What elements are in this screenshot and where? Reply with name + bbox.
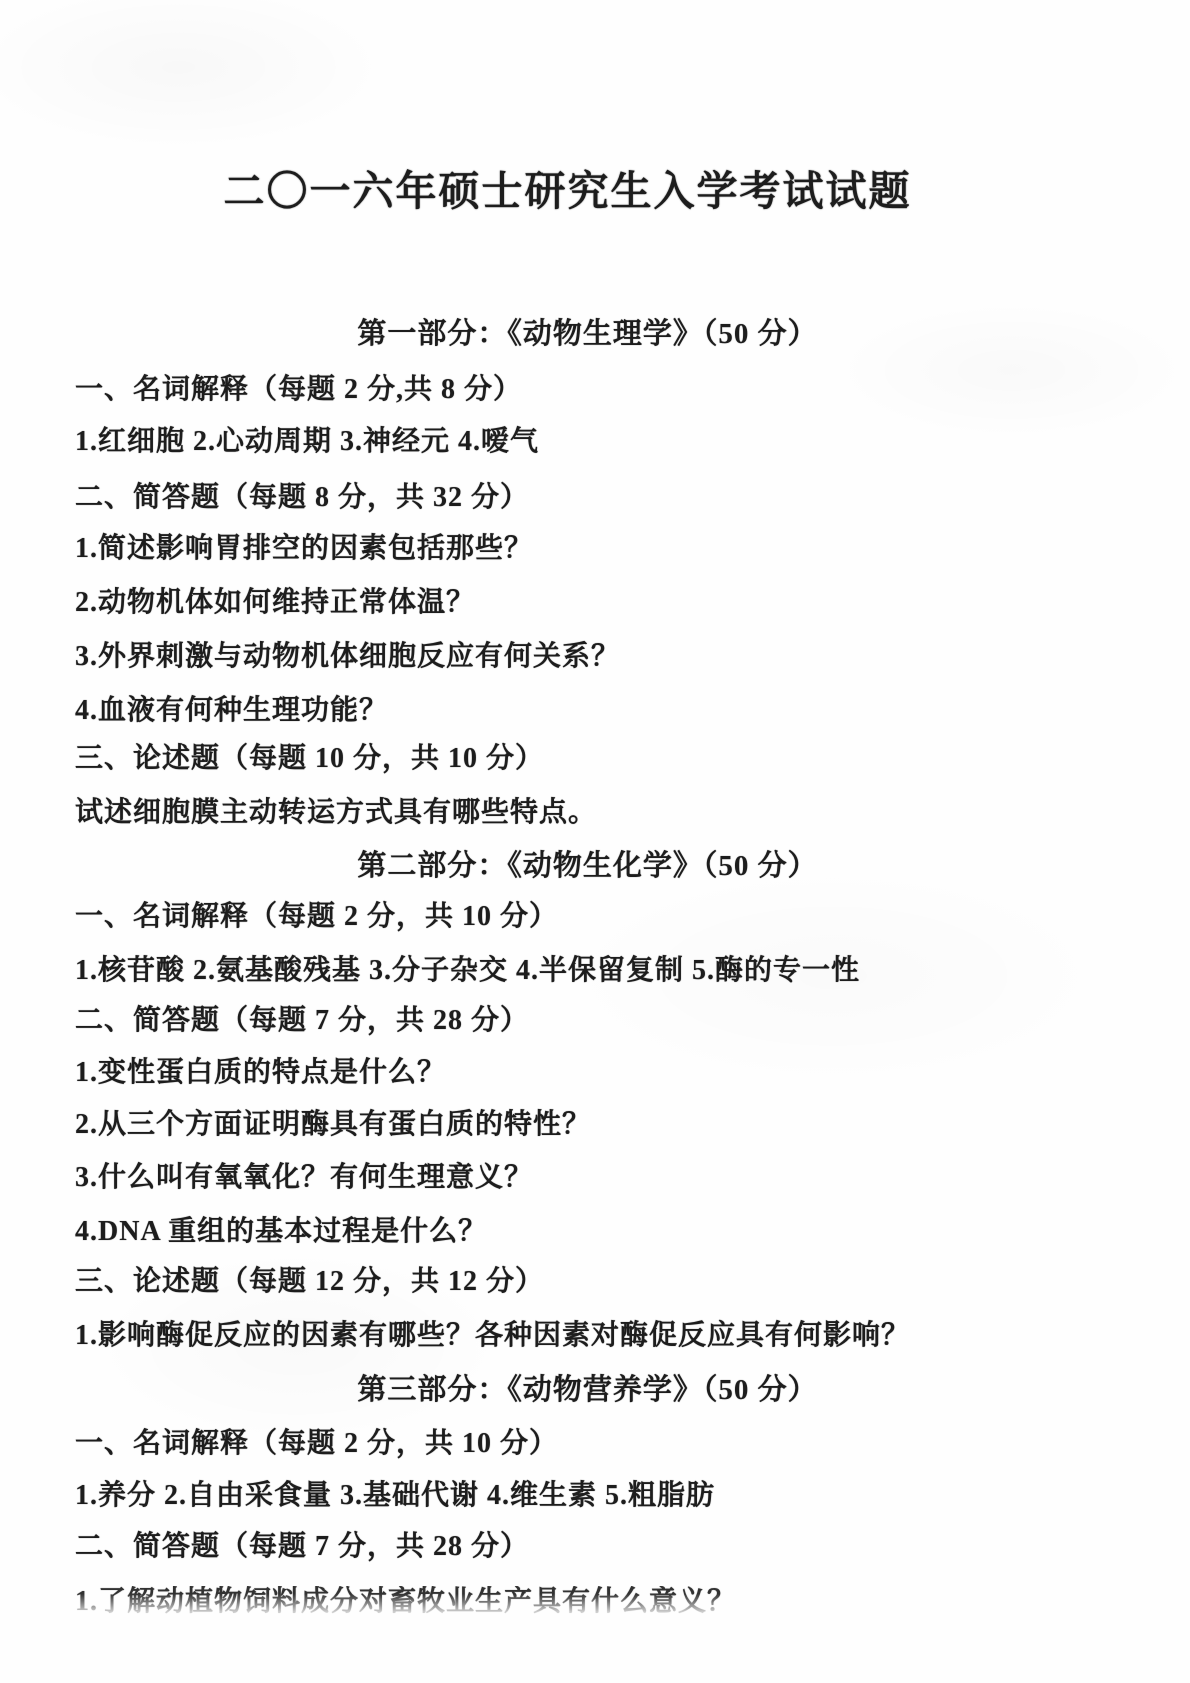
- part1-short-question-3: 3.外界刺激与动物机体细胞反应有何关系？: [75, 641, 1150, 673]
- part3-terms-line: 1.养分 2.自由采食量 3.基础代谢 4.维生素 5.粗脂肪: [75, 1480, 1150, 1512]
- part3-short-question-1: 1.了解动植物饲料成分对畜牧业生产具有什么意义？: [75, 1586, 1150, 1618]
- part2-essay-question: 1.影响酶促反应的因素有哪些？各种因素对酶促反应具有何影响？: [75, 1320, 1150, 1352]
- part-2-header: 第二部分：《动物生化学》（50 分）: [0, 850, 1175, 882]
- part2-short-question-4: 4.DNA 重组的基本过程是什么？: [75, 1216, 1150, 1248]
- part2-section3-header: 三、论述题（每题 12 分，共 12 分）: [75, 1266, 1150, 1298]
- part1-short-question-2: 2.动物机体如何维持正常体温？: [75, 587, 1150, 619]
- part1-section3-header: 三、论述题（每题 10 分，共 10 分）: [75, 743, 1150, 775]
- part3-section2-header: 二、简答题（每题 7 分，共 28 分）: [75, 1531, 1150, 1563]
- part1-short-question-4: 4.血液有何种生理功能？: [75, 695, 1150, 727]
- part2-short-question-3: 3.什么叫有氧氧化？有何生理意义？: [75, 1162, 1150, 1194]
- part2-short-question-2: 2.从三个方面证明酶具有蛋白质的特性？: [75, 1109, 1150, 1141]
- part1-short-question-1: 1.简述影响胃排空的因素包括那些？: [75, 533, 1150, 565]
- exam-title: 二〇一六年硕士研究生入学考试试题: [0, 168, 1135, 214]
- part3-section1-header: 一、名词解释（每题 2 分，共 10 分）: [75, 1428, 1150, 1460]
- part1-terms-line: 1.红细胞 2.心动周期 3.神经元 4.嗳气: [75, 426, 1150, 458]
- scanned-exam-document: 二〇一六年硕士研究生入学考试试题 第一部分：《动物生理学》（50 分） 一、名词…: [0, 0, 1190, 1683]
- part1-essay-question: 试述细胞膜主动转运方式具有哪些特点。: [75, 797, 1150, 829]
- part2-short-question-1: 1.变性蛋白质的特点是什么？: [75, 1057, 1150, 1089]
- part2-section1-header: 一、名词解释（每题 2 分，共 10 分）: [75, 901, 1150, 933]
- part-3-header: 第三部分：《动物营养学》（50 分）: [0, 1374, 1175, 1406]
- part1-section2-header: 二、简答题（每题 8 分，共 32 分）: [75, 482, 1150, 514]
- part2-section2-header: 二、简答题（每题 7 分，共 28 分）: [75, 1005, 1150, 1037]
- part-1-header: 第一部分：《动物生理学》（50 分）: [0, 318, 1175, 350]
- part2-terms-line: 1.核苷酸 2.氨基酸残基 3.分子杂交 4.半保留复制 5.酶的专一性: [75, 955, 1150, 987]
- part1-section1-header: 一、名词解释（每题 2 分,共 8 分）: [75, 374, 1150, 406]
